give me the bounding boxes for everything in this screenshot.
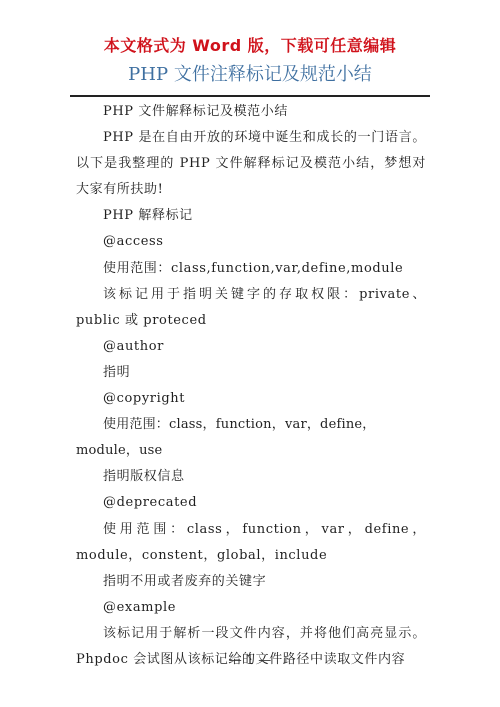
tag-example: @example xyxy=(76,595,426,621)
paragraph-intro: PHP 是在自由开放的环境中诞生和成长的一门语言。以下是我整理的 PHP 文件解… xyxy=(76,125,426,203)
document-page: 本文格式为 Word 版，下载可任意编辑 PHP 文件注释标记及规范小结 PHP… xyxy=(0,0,500,707)
header-divider xyxy=(70,95,430,97)
access-scope: 使用范围：class,function,var,define,module xyxy=(76,256,426,282)
tag-copyright: @copyright xyxy=(76,386,426,412)
paragraph-heading-tags: PHP 解释标记 xyxy=(76,203,426,229)
document-title: PHP 文件注释标记及规范小结 xyxy=(0,64,500,86)
tag-access: @access xyxy=(76,229,426,255)
copyright-description: 指明版权信息 xyxy=(76,464,426,490)
tag-author: @author xyxy=(76,334,426,360)
word-format-banner: 本文格式为 Word 版，下载可任意编辑 xyxy=(0,36,500,56)
page-number: — 1 — xyxy=(0,652,500,670)
copyright-scope: 使用范围：class，function，var，define，module，us… xyxy=(76,412,426,464)
deprecated-scope: 使用范围：class，function，var，define，module，co… xyxy=(76,517,426,569)
tag-deprecated: @deprecated xyxy=(76,490,426,516)
deprecated-description: 指明不用或者废弃的关键字 xyxy=(76,569,426,595)
access-description: 该标记用于指明关键字的存取权限：private、public 或 protece… xyxy=(76,282,426,334)
paragraph-subtitle: PHP 文件解释标记及模范小结 xyxy=(76,99,426,125)
author-description: 指明 xyxy=(76,360,426,386)
document-body: PHP 文件解释标记及模范小结 PHP 是在自由开放的环境中诞生和成长的一门语言… xyxy=(76,99,426,673)
